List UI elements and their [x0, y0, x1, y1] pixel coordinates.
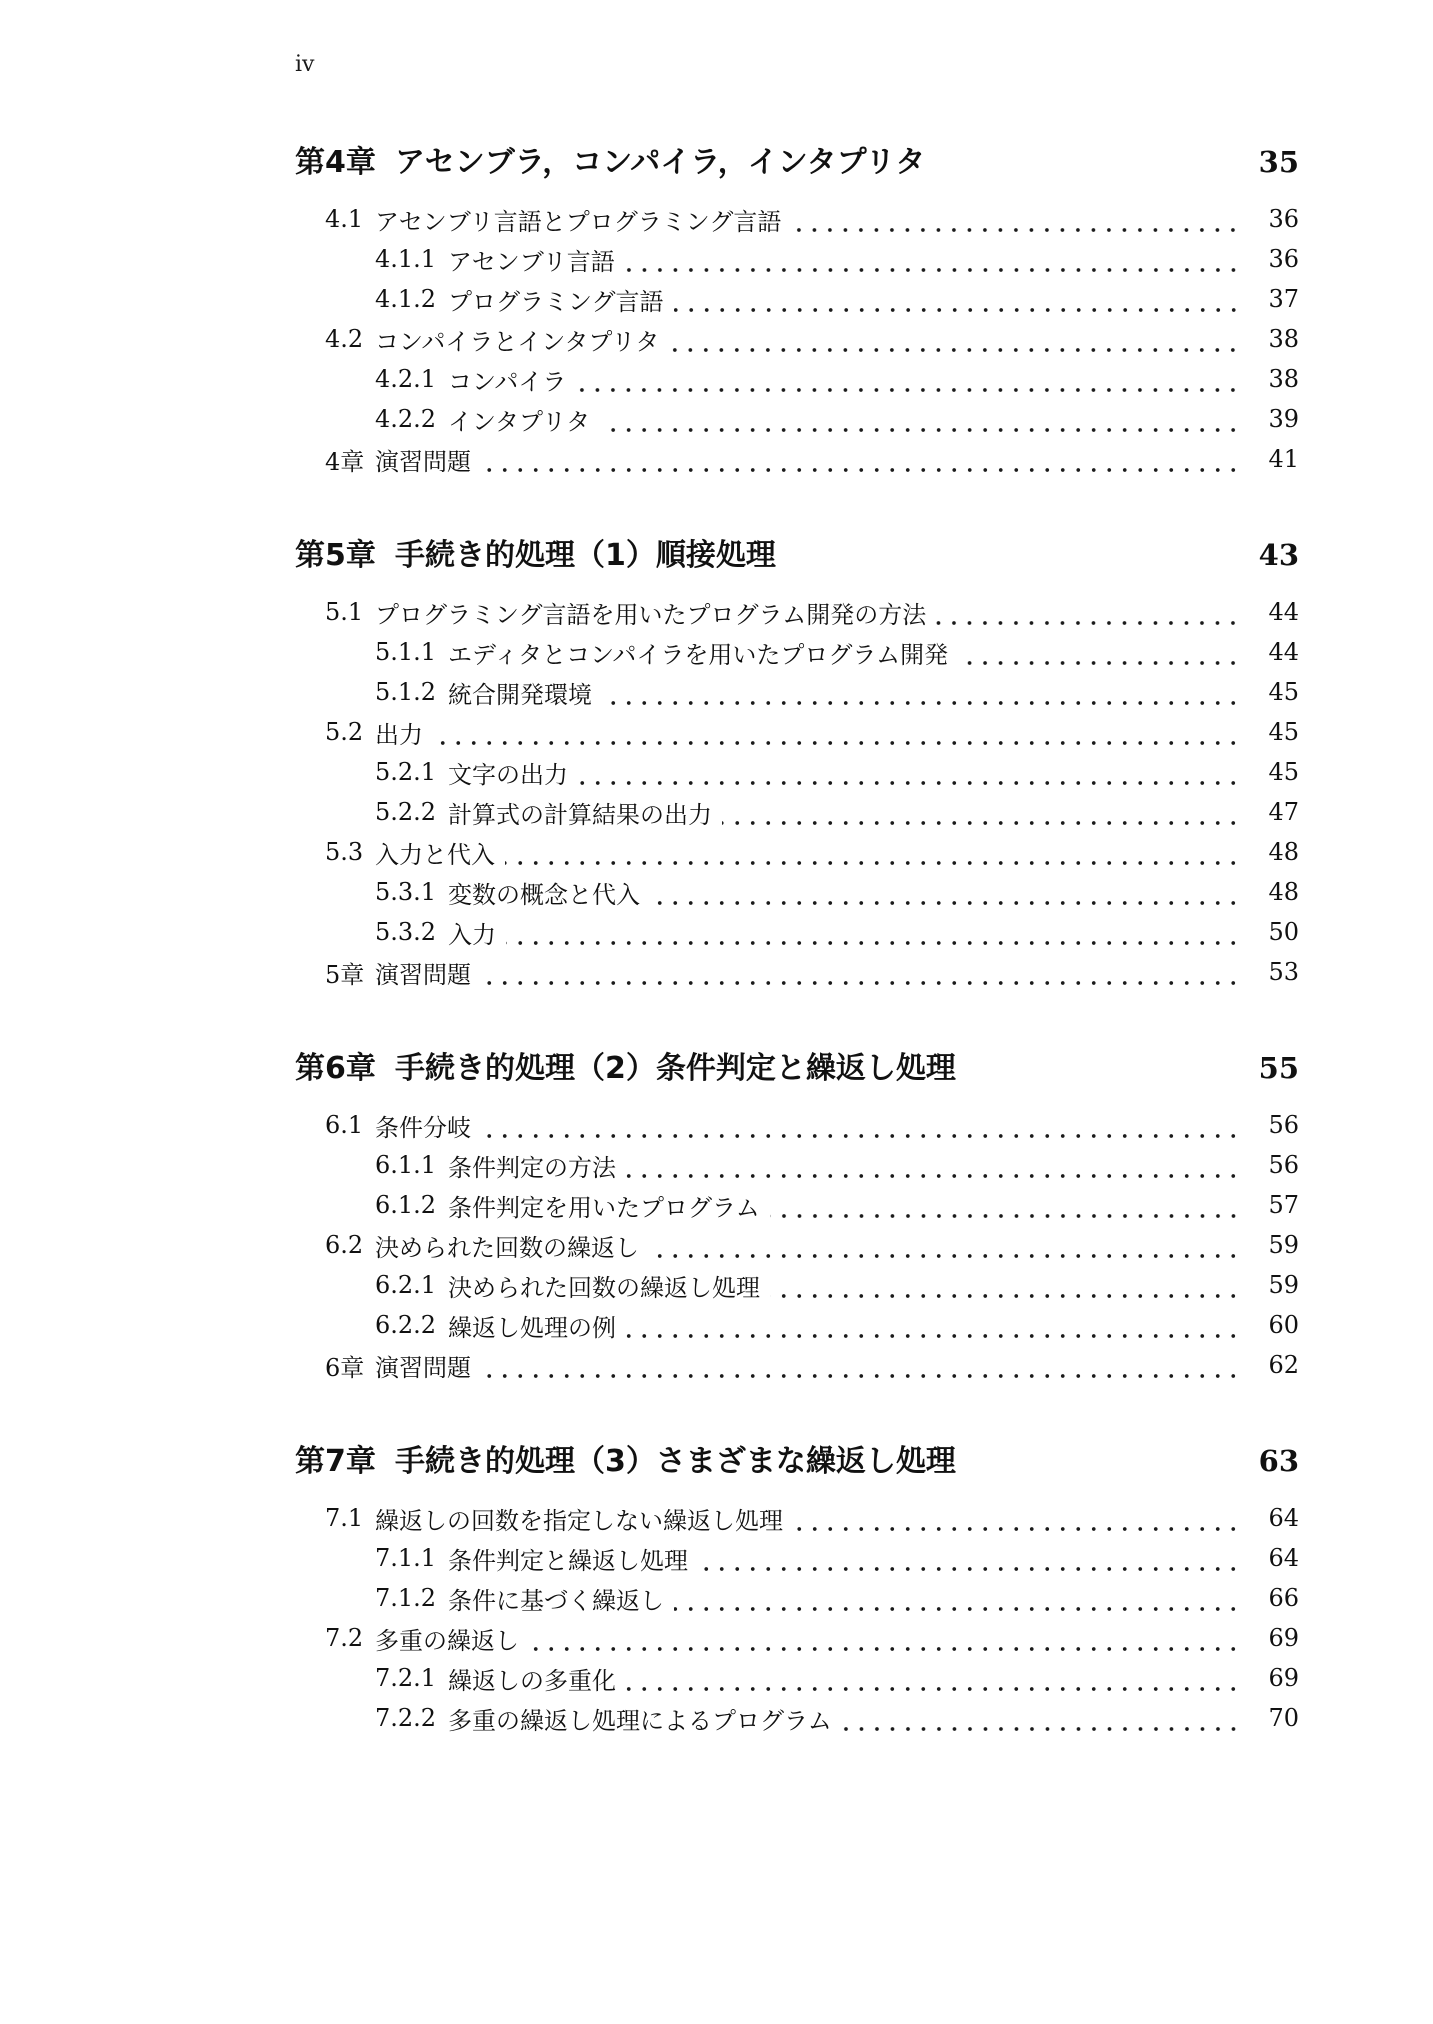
dot-leader	[626, 1145, 1243, 1185]
entry-page-number: 39	[1255, 405, 1299, 433]
dot-leader	[602, 672, 1243, 712]
dot-leader	[793, 1498, 1243, 1538]
dot-leader	[600, 399, 1243, 439]
toc-entry: 5.3.1変数の概念と代入48	[295, 872, 1299, 912]
entry-number: 4.1	[325, 205, 375, 233]
entry-title: インタプリタ	[448, 402, 590, 437]
dot-leader	[674, 1578, 1243, 1618]
toc-entry: 5章演習問題53	[295, 952, 1299, 992]
entry-number: 6.2.1	[375, 1271, 448, 1299]
entry-number: 4.2.2	[375, 405, 448, 433]
entry-page-number: 60	[1255, 1311, 1299, 1339]
entry-number: 5.2.1	[375, 758, 448, 786]
chapter-page-number: 35	[1253, 140, 1299, 184]
entry-page-number: 48	[1255, 878, 1299, 906]
entry-title: 計算式の計算結果の出力	[448, 795, 712, 830]
toc-entry: 6.1.1条件判定の方法56	[295, 1145, 1299, 1185]
entry-number: 4.1.2	[375, 285, 448, 313]
entry-page-number: 36	[1255, 245, 1299, 273]
entry-title: 繰返し処理の例	[448, 1308, 616, 1343]
entry-title: 多重の繰返し	[375, 1621, 519, 1656]
entry-title: 決められた回数の繰返し処理	[448, 1268, 760, 1303]
dot-leader	[770, 1265, 1243, 1305]
entry-title: 条件判定の方法	[448, 1148, 616, 1183]
entry-title: 出力	[375, 715, 423, 750]
dot-leader	[481, 1345, 1243, 1385]
toc-entry: 4.1.2プログラミング言語37	[295, 279, 1299, 319]
toc-entry: 5.1.2統合開発環境45	[295, 672, 1299, 712]
dot-leader	[722, 792, 1243, 832]
entry-number: 7.1	[325, 1504, 375, 1532]
toc-entry: 5.2.2計算式の計算結果の出力47	[295, 792, 1299, 832]
chapter-label: 第5章	[295, 534, 395, 578]
entry-number: 4.2.1	[375, 365, 448, 393]
toc: 第4章アセンブラ，コンパイラ，インタプリタ354.1アセンブリ言語とプログラミン…	[295, 140, 1299, 1738]
dot-leader	[529, 1618, 1243, 1658]
entry-title: 繰返しの回数を指定しない繰返し処理	[375, 1501, 783, 1536]
toc-entry: 4.1アセンブリ言語とプログラミング言語36	[295, 199, 1299, 239]
entry-title: コンパイラとインタプリタ	[375, 322, 659, 357]
entry-title: 多重の繰返し処理によるプログラム	[448, 1701, 832, 1736]
entry-title: 入力	[448, 915, 496, 950]
entry-number: 6.1.2	[375, 1191, 448, 1219]
entry-page-number: 57	[1255, 1191, 1299, 1219]
chapter-label: 第4章	[295, 141, 395, 185]
entry-number: 7.1.2	[375, 1584, 448, 1612]
entry-page-number: 45	[1255, 718, 1299, 746]
entry-number: 6.1	[325, 1111, 375, 1139]
entry-title: エディタとコンパイラを用いたプログラム開発	[448, 635, 948, 670]
entry-number: 5章	[325, 955, 375, 990]
entry-number: 7.2.1	[375, 1664, 448, 1692]
toc-entry: 6章演習問題62	[295, 1345, 1299, 1385]
entry-page-number: 38	[1255, 365, 1299, 393]
dot-leader	[505, 832, 1243, 872]
entry-number: 5.3	[325, 838, 375, 866]
dot-leader	[506, 912, 1243, 952]
toc-entry: 7.2多重の繰返し69	[295, 1618, 1299, 1658]
entry-number: 5.3.2	[375, 918, 448, 946]
toc-entry: 4.1.1アセンブリ言語36	[295, 239, 1299, 279]
chapter-page-number: 63	[1253, 1439, 1299, 1483]
dot-leader	[481, 1105, 1243, 1145]
dot-leader	[842, 1698, 1243, 1738]
entry-title: プログラミング言語	[448, 282, 664, 317]
entry-number: 5.1.2	[375, 678, 448, 706]
entry-number: 7.2	[325, 1624, 375, 1652]
toc-entry: 6.1.2条件判定を用いたプログラム57	[295, 1185, 1299, 1225]
entry-title: 条件判定と繰返し処理	[448, 1541, 688, 1576]
dot-leader	[625, 239, 1243, 279]
dot-leader	[576, 359, 1243, 399]
entry-page-number: 44	[1255, 598, 1299, 626]
dot-leader	[626, 1305, 1243, 1345]
entry-title: 条件分岐	[375, 1108, 471, 1143]
entry-number: 5.2.2	[375, 798, 448, 826]
dot-leader	[791, 199, 1243, 239]
entry-title: 繰返しの多重化	[448, 1661, 616, 1696]
dot-leader	[958, 632, 1243, 672]
toc-entry: 6.2決められた回数の繰返し59	[295, 1225, 1299, 1265]
toc-entry: 4章演習問題41	[295, 439, 1299, 479]
toc-entry: 7.1.1条件判定と繰返し処理64	[295, 1538, 1299, 1578]
dot-leader	[626, 1658, 1243, 1698]
toc-entry: 4.2.2インタプリタ39	[295, 399, 1299, 439]
chapter-title: 手続き的処理（1）順接処理	[395, 534, 1253, 578]
entry-page-number: 47	[1255, 798, 1299, 826]
dot-leader	[936, 592, 1243, 632]
entry-number: 5.2	[325, 718, 375, 746]
chapter-title: 手続き的処理（3）さまざまな繰返し処理	[395, 1440, 1253, 1484]
entry-page-number: 48	[1255, 838, 1299, 866]
chapter-title: 手続き的処理（2）条件判定と繰返し処理	[395, 1047, 1253, 1091]
toc-entry: 7.1繰返しの回数を指定しない繰返し処理64	[295, 1498, 1299, 1538]
entry-page-number: 69	[1255, 1624, 1299, 1652]
entry-number: 4章	[325, 442, 375, 477]
entry-title: アセンブリ言語	[448, 242, 615, 277]
entry-page-number: 66	[1255, 1584, 1299, 1612]
chapter-page-number: 43	[1253, 533, 1299, 577]
entry-title: 統合開発環境	[448, 675, 592, 710]
chapter-heading: 第7章手続き的処理（3）さまざまな繰返し処理63	[295, 1439, 1299, 1484]
entry-title: 入力と代入	[375, 835, 495, 870]
chapter-heading: 第4章アセンブラ，コンパイラ，インタプリタ35	[295, 140, 1299, 185]
entry-page-number: 53	[1255, 958, 1299, 986]
entry-title: 変数の概念と代入	[448, 875, 640, 910]
entry-number: 6.2.2	[375, 1311, 448, 1339]
entry-title: 演習問題	[375, 955, 471, 990]
dot-leader	[578, 752, 1243, 792]
entry-page-number: 69	[1255, 1664, 1299, 1692]
dot-leader	[674, 279, 1243, 319]
entry-page-number: 45	[1255, 678, 1299, 706]
chapter-page-number: 55	[1253, 1046, 1299, 1090]
entry-number: 6.1.1	[375, 1151, 448, 1179]
entry-number: 7.1.1	[375, 1544, 448, 1572]
dot-leader	[770, 1185, 1243, 1225]
dot-leader	[481, 952, 1243, 992]
dot-leader	[649, 1225, 1243, 1265]
entry-title: 条件に基づく繰返し	[448, 1581, 664, 1616]
entry-page-number: 64	[1255, 1544, 1299, 1572]
entry-number: 4.2	[325, 325, 375, 353]
toc-entry: 5.2出力45	[295, 712, 1299, 752]
entry-page-number: 36	[1255, 205, 1299, 233]
entry-number: 5.3.1	[375, 878, 448, 906]
entry-page-number: 64	[1255, 1504, 1299, 1532]
entry-title: 演習問題	[375, 1348, 471, 1383]
entry-title: 決められた回数の繰返し	[375, 1228, 639, 1263]
entry-number: 4.1.1	[375, 245, 448, 273]
toc-entry: 6.1条件分岐56	[295, 1105, 1299, 1145]
toc-entry: 5.3.2入力50	[295, 912, 1299, 952]
entry-title: 条件判定を用いたプログラム	[448, 1188, 760, 1223]
dot-leader	[433, 712, 1243, 752]
toc-entry: 7.2.1繰返しの多重化69	[295, 1658, 1299, 1698]
entry-number: 6章	[325, 1348, 375, 1383]
chapter-label: 第7章	[295, 1440, 395, 1484]
entry-page-number: 59	[1255, 1271, 1299, 1299]
entry-title: コンパイラ	[448, 362, 566, 397]
toc-entry: 5.3入力と代入48	[295, 832, 1299, 872]
entry-page-number: 56	[1255, 1151, 1299, 1179]
toc-entry: 5.1.1エディタとコンパイラを用いたプログラム開発44	[295, 632, 1299, 672]
toc-entry: 7.2.2多重の繰返し処理によるプログラム70	[295, 1698, 1299, 1738]
toc-page: iv 第4章アセンブラ，コンパイラ，インタプリタ354.1アセンブリ言語とプログ…	[295, 0, 1299, 1738]
chapter-title: アセンブラ，コンパイラ，インタプリタ	[395, 141, 1253, 185]
dot-leader	[669, 319, 1243, 359]
dot-leader	[698, 1538, 1243, 1578]
entry-title: 演習問題	[375, 442, 471, 477]
entry-page-number: 70	[1255, 1704, 1299, 1732]
entry-page-number: 62	[1255, 1351, 1299, 1379]
chapter-heading: 第5章手続き的処理（1）順接処理43	[295, 533, 1299, 578]
toc-entry: 6.2.2繰返し処理の例60	[295, 1305, 1299, 1345]
toc-entry: 5.1プログラミング言語を用いたプログラム開発の方法44	[295, 592, 1299, 632]
entry-number: 6.2	[325, 1231, 375, 1259]
chapter-heading: 第6章手続き的処理（2）条件判定と繰返し処理55	[295, 1046, 1299, 1091]
entry-number: 7.2.2	[375, 1704, 448, 1732]
entry-page-number: 50	[1255, 918, 1299, 946]
entry-title: プログラミング言語を用いたプログラム開発の方法	[375, 595, 926, 630]
toc-entry: 5.2.1文字の出力45	[295, 752, 1299, 792]
entry-page-number: 37	[1255, 285, 1299, 313]
dot-leader	[650, 872, 1243, 912]
dot-leader	[481, 439, 1243, 479]
entry-title: アセンブリ言語とプログラミング言語	[375, 202, 781, 237]
toc-entry: 4.2コンパイラとインタプリタ38	[295, 319, 1299, 359]
chapter-label: 第6章	[295, 1047, 395, 1091]
entry-page-number: 56	[1255, 1111, 1299, 1139]
entry-page-number: 41	[1255, 445, 1299, 473]
page-header-folio: iv	[295, 52, 1299, 78]
entry-page-number: 59	[1255, 1231, 1299, 1259]
entry-page-number: 44	[1255, 638, 1299, 666]
entry-number: 5.1	[325, 598, 375, 626]
toc-entry: 4.2.1コンパイラ38	[295, 359, 1299, 399]
toc-entry: 7.1.2条件に基づく繰返し66	[295, 1578, 1299, 1618]
entry-number: 5.1.1	[375, 638, 448, 666]
entry-page-number: 45	[1255, 758, 1299, 786]
toc-entry: 6.2.1決められた回数の繰返し処理59	[295, 1265, 1299, 1305]
entry-title: 文字の出力	[448, 755, 568, 790]
entry-page-number: 38	[1255, 325, 1299, 353]
